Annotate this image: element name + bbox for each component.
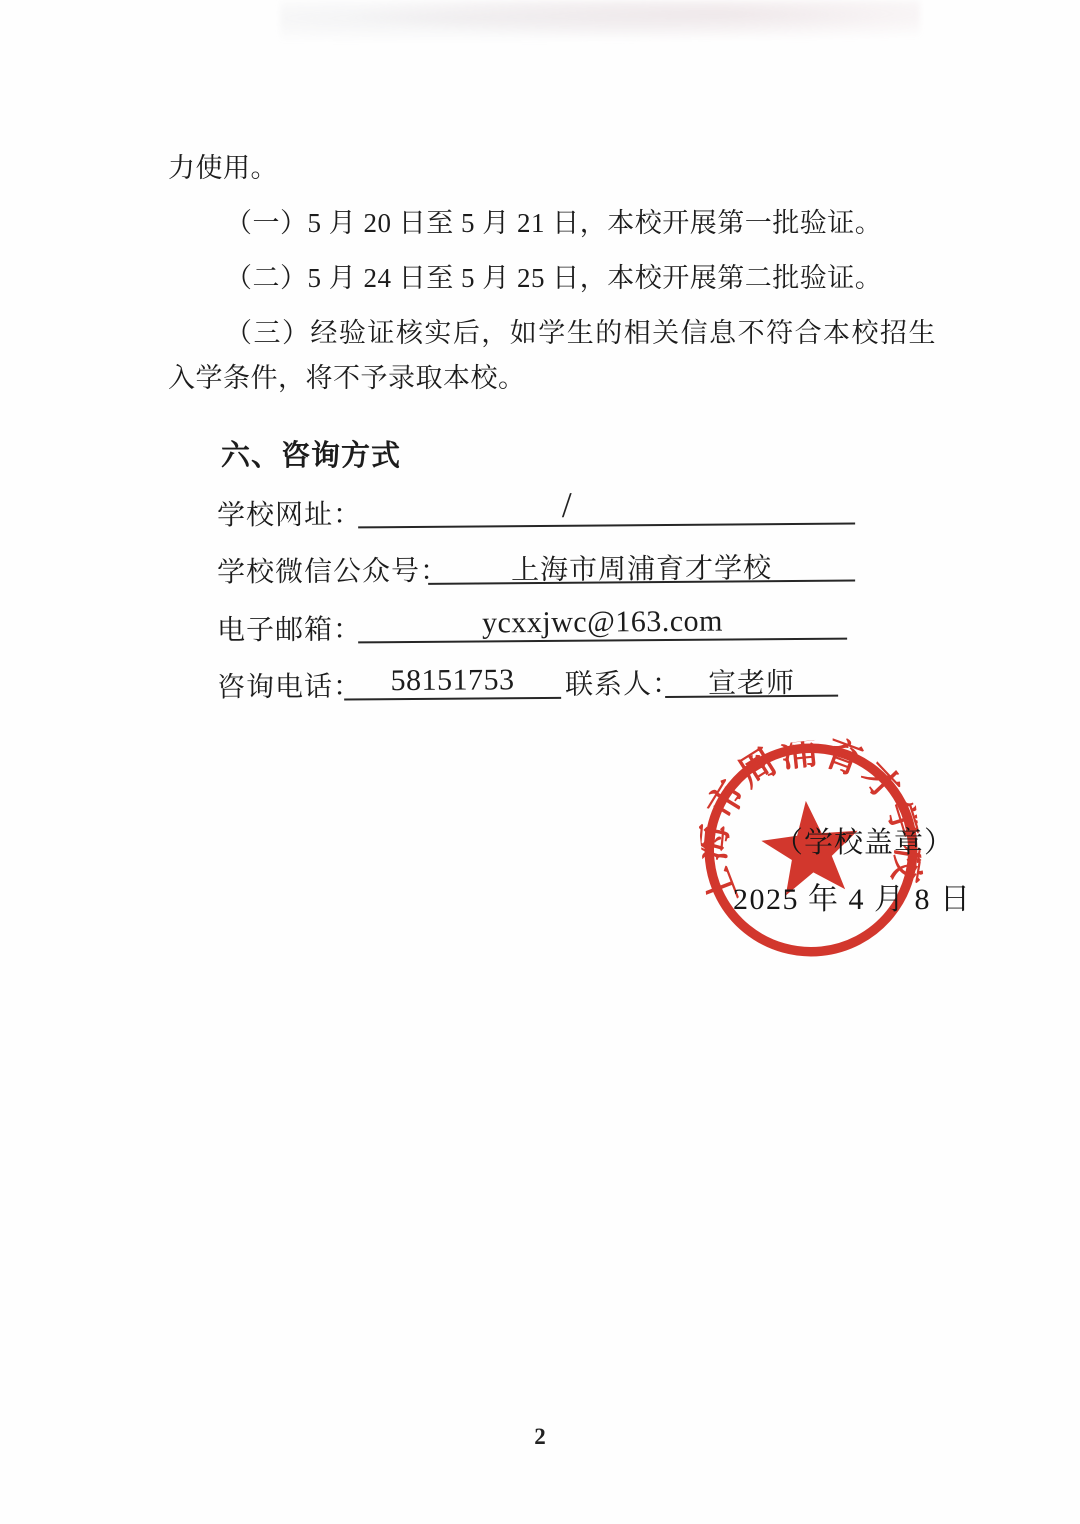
seal-note: （学校盖章） [774,820,954,861]
contact-person-field: 宣老师 [665,658,838,698]
website-field: / [358,486,855,529]
paragraph-item-3: （三）经验证核实后，如学生的相关信息不符合本校招生入学条件，将不予录取本校。 [168,311,936,401]
phone-value: 58151753 [390,663,514,697]
email-label: 电子邮箱： [217,607,362,648]
page-number: 2 [0,1424,1080,1450]
phone-field: 58151753 [344,660,561,701]
contact-person-value: 宣老师 [708,668,795,700]
paragraph-continuation: 力使用。 [168,146,936,191]
wechat-label: 学校微信公众号： [217,549,449,591]
contact-person-label: 联系人： [565,662,681,703]
website-label: 学校网址： [217,492,362,533]
slash-mark: / [562,484,573,526]
document-page: 力使用。 （一）5 月 20 日至 5 月 21 日，本校开展第一批验证。 （二… [0,0,1080,1524]
email-value: ycxxjwc@163.com [482,605,723,640]
phone-label: 咨询电话： [217,664,362,705]
contact-row-phone: 咨询电话： 58151753 联系人： 宣老师 [0,656,1080,704]
scan-smudge [280,0,920,46]
email-field: ycxxjwc@163.com [358,601,847,644]
wechat-value: 上海市周浦育才学校 [511,553,772,586]
section-heading: 六、咨询方式 [221,433,401,474]
contact-row-email: 电子邮箱： ycxxjwc@163.com [0,599,1080,647]
wechat-field: 上海市周浦育才学校 [428,543,855,585]
contact-row-wechat: 学校微信公众号： 上海市周浦育才学校 [0,541,1080,589]
seal-date: 2025 年 4 月 8 日 [733,874,972,918]
paragraph-item-1: （一）5 月 20 日至 5 月 21 日，本校开展第一批验证。 [168,201,936,246]
contact-row-website: 学校网址： / [0,484,1080,532]
paragraph-item-2: （二）5 月 24 日至 5 月 25 日，本校开展第二批验证。 [168,256,936,301]
body-paragraphs: 力使用。 （一）5 月 20 日至 5 月 21 日，本校开展第一批验证。 （二… [168,146,936,411]
